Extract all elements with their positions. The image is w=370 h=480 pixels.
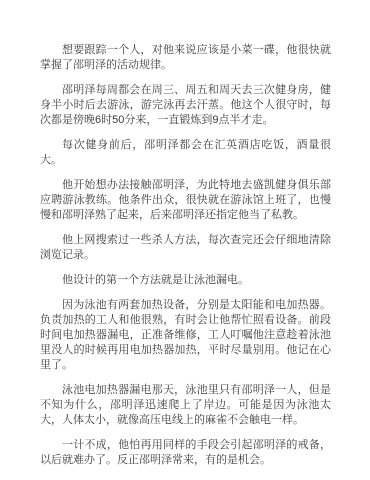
paragraph: 一计不成，他怕再用同样的手段会引起邵明泽的戒备，以后就难办了。反正邵明泽常来，有… — [40, 438, 331, 468]
paragraph: 他开始想办法接触邵明泽，为此特地去盛凯健身俱乐部应聘游泳教练。他条件出众，很快就… — [40, 178, 331, 223]
paragraph: 他上网搜索过一些杀人方法，每次查完还会仔细地清除浏览记录。 — [40, 233, 331, 263]
paragraph: 邵明泽每周都会在周三、周五和周天去三次健身房，健身半小时后去游泳，游完泳再去汗蒸… — [40, 83, 331, 128]
paragraph: 他设计的第一个方法就是让泳池漏电。 — [40, 273, 331, 288]
document-body: 想要跟踪一个人，对他来说应该是小菜一碟，他很快就掌握了邵明泽的活动规律。邵明泽每… — [40, 43, 331, 468]
paragraph: 因为泳池有两套加热设备，分别是太阳能和电加热器。负责加热的工人和他很熟，有时会让… — [40, 298, 331, 373]
document-page: 想要跟踪一个人，对他来说应该是小菜一碟，他很快就掌握了邵明泽的活动规律。邵明泽每… — [0, 0, 370, 480]
paragraph: 想要跟踪一个人，对他来说应该是小菜一碟，他很快就掌握了邵明泽的活动规律。 — [40, 43, 331, 73]
paragraph: 每次健身前后，邵明泽都会在汇英酒店吃饭，酒量很大。 — [40, 138, 331, 168]
paragraph: 泳池电加热器漏电那天，泳池里只有邵明泽一人，但是不知为什么，邵明泽迅速爬上了岸边… — [40, 383, 331, 428]
